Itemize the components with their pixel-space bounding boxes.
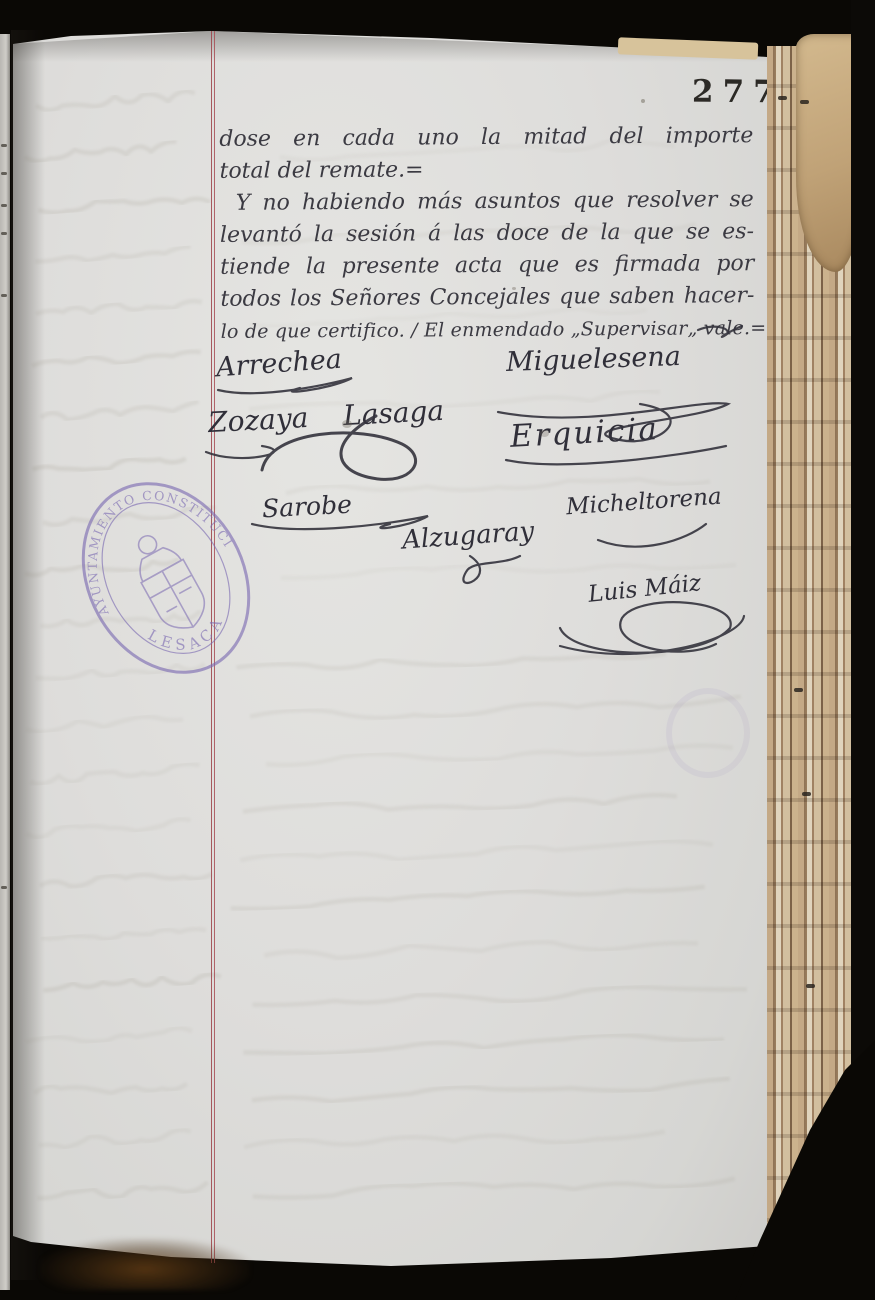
- foxing-speck: [512, 287, 516, 290]
- edge-ink-mark: [806, 984, 815, 988]
- stamp-coat-of-arms: [122, 525, 214, 638]
- signature-miguelesena: Miguelesena: [506, 341, 682, 378]
- previous-page-ink-mark: [1, 172, 7, 175]
- previous-page-edge: [0, 34, 10, 1290]
- edge-ink-mark: [802, 792, 811, 796]
- stamp-ghost-mark: [666, 688, 750, 778]
- previous-page-ink-mark: [1, 232, 7, 235]
- foxing-speck: [342, 420, 352, 428]
- manuscript-line: Y no habiendo más asuntos que resolver s…: [220, 184, 754, 220]
- edge-ink-mark: [778, 96, 787, 100]
- foxing-speck: [540, 430, 549, 437]
- signature-sarobe: Sarobe: [261, 490, 352, 524]
- foxing-speck: [641, 99, 645, 103]
- manuscript-line: todos los Señores Concejales que saben h…: [220, 280, 754, 316]
- manuscript-line: tiende la presente acta que es firmada p…: [220, 248, 754, 284]
- edge-ink-mark: [794, 688, 803, 692]
- scanned-minute-book-photo: { "document": { "page_number": "277", "l…: [0, 0, 875, 1300]
- previous-page-ink-mark: [1, 204, 7, 207]
- previous-page-ink-mark: [1, 144, 7, 147]
- previous-page-ink-mark: [1, 886, 7, 889]
- manuscript-line: levantó la sesión á las doce de la que s…: [220, 216, 754, 252]
- manuscript-text-block: dose en cada uno la mitad del importe to…: [219, 120, 755, 348]
- burn-stain: [40, 1238, 250, 1290]
- manuscript-line: total del remate.=: [219, 152, 753, 188]
- previous-page-ink-mark: [1, 294, 7, 297]
- edge-ink-mark: [800, 100, 809, 104]
- manuscript-line: dose en cada uno la mitad del importe: [219, 120, 753, 156]
